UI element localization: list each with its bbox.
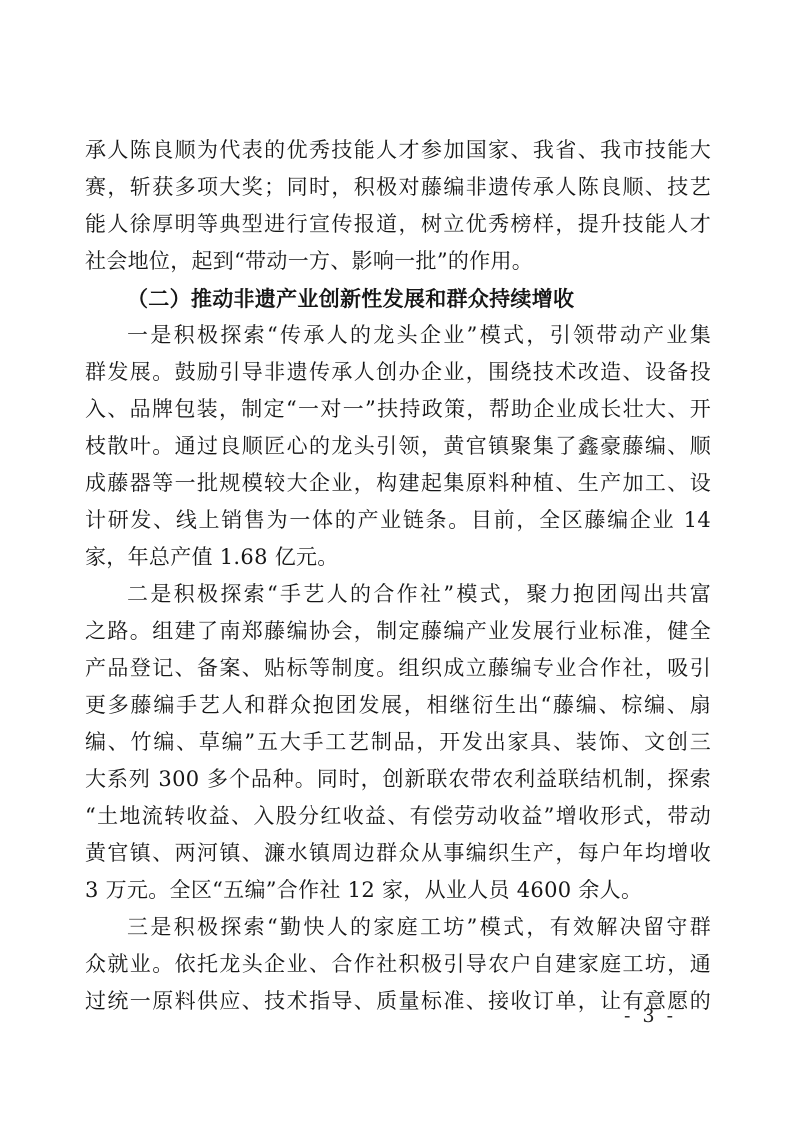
page-number: - 3 - <box>602 1005 698 1027</box>
text-line: 计研发、线上销售为一体的产业链条。目前，全区藤编企业 14 <box>85 502 711 539</box>
text-line: 产品登记、备案、贴标等制度。组织成立藤编专业合作社，吸引 <box>85 650 711 687</box>
text-line: 黄官镇、两河镇、濂水镇周边群众从事编织生产，每户年均增收 <box>85 835 711 872</box>
text-line: 众就业。依托龙头企业、合作社积极引导农户自建家庭工坊，通 <box>85 946 711 983</box>
text-line: 群发展。鼓励引导非遗传承人创办企业，围绕技术改造、设备投 <box>85 354 711 391</box>
text-line: 大系列 300 多个品种。同时，创新联农带农利益联结机制，探索 <box>85 761 711 798</box>
text-line: 枝散叶。通过良顺匠心的龙头引领，黄官镇聚集了鑫豪藤编、顺 <box>85 428 711 465</box>
text-line: “土地流转收益、入股分红收益、有偿劳动收益”增收形式，带动 <box>85 798 711 835</box>
text-line: 三是积极探索“勤快人的家庭工坊”模式，有效解决留守群 <box>85 909 711 946</box>
text-line: 承人陈良顺为代表的优秀技能人才参加国家、我省、我市技能大 <box>85 132 711 169</box>
text-line: 能人徐厚明等典型进行宣传报道，树立优秀榜样，提升技能人才 <box>85 206 711 243</box>
document-body: 承人陈良顺为代表的优秀技能人才参加国家、我省、我市技能大 赛，斩获多项大奖；同时… <box>85 132 711 1020</box>
text-line: 成藤器等一批规模较大企业，构建起集原料种植、生产加工、设 <box>85 465 711 502</box>
text-line: 入、品牌包装，制定“一对一”扶持政策，帮助企业成长壮大、开 <box>85 391 711 428</box>
section-heading: （二）推动非遗产业创新性发展和群众持续增收 <box>85 280 711 317</box>
text-line: 更多藤编手艺人和群众抱团发展，相继衍生出“藤编、棕编、扇 <box>85 687 711 724</box>
text-line: 社会地位，起到“带动一方、影响一批”的作用。 <box>85 243 711 280</box>
text-line: 二是积极探索“手艺人的合作社”模式，聚力抱团闯出共富 <box>85 576 711 613</box>
text-line: 3 万元。全区“五编”合作社 12 家，从业人员 4600 余人。 <box>85 872 711 909</box>
text-line: 之路。组建了南郑藤编协会，制定藤编产业发展行业标准，健全 <box>85 613 711 650</box>
text-line: 一是积极探索“传承人的龙头企业”模式，引领带动产业集 <box>85 317 711 354</box>
document-page: 承人陈良顺为代表的优秀技能人才参加国家、我省、我市技能大 赛，斩获多项大奖；同时… <box>0 0 792 1121</box>
text-line: 家，年总产值 1.68 亿元。 <box>85 539 711 576</box>
text-line: 编、竹编、草编”五大手工艺制品，开发出家具、装饰、文创三 <box>85 724 711 761</box>
text-line: 赛，斩获多项大奖；同时，积极对藤编非遗传承人陈良顺、技艺 <box>85 169 711 206</box>
